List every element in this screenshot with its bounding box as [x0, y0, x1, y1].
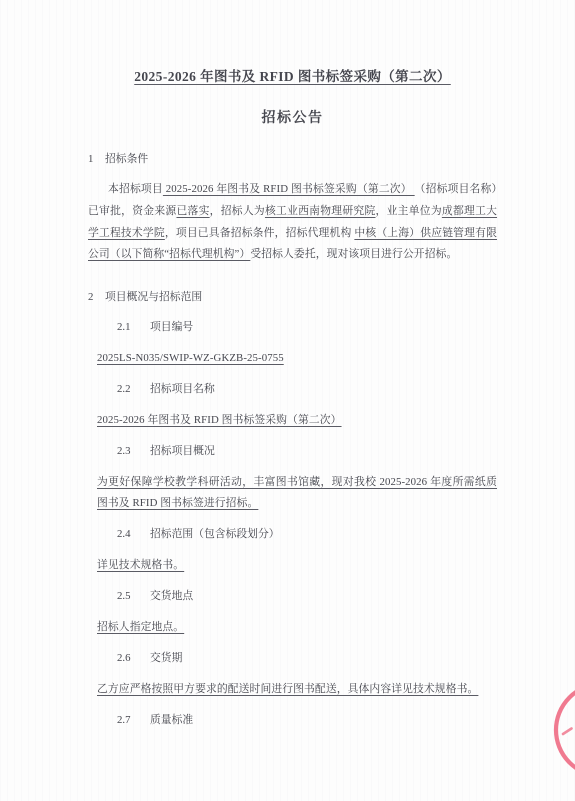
bid-scope-value: 详见技术规格书。 — [97, 559, 184, 571]
intro-segment: ，招标人为 — [210, 205, 265, 217]
document-title: 2025-2026 年图书及 RFID 图书标签采购（第二次） — [88, 67, 497, 87]
subsection-2-3-heading: 2.3招标项目概况 — [88, 441, 497, 462]
subsection-2-5-content: 招标人指定地点。 — [88, 617, 497, 638]
project-number-value: 2025LS-N035/SWIP-WZ-GKZB-25-0755 — [97, 352, 284, 364]
subsection-2-1-title: 项目编号 — [150, 321, 193, 333]
subsection-2-4-heading: 2.4招标范围（包含标段划分） — [88, 524, 497, 545]
subsection-2-7-heading: 2.7质量标准 — [88, 710, 497, 731]
subsection-2-6-number: 2.6 — [117, 648, 150, 669]
intro-segment: 受招标人委托，现对该项目进行公开招标。 — [250, 248, 457, 260]
document-content: 2025-2026 年图书及 RFID 图书标签采购（第二次） 招标公告 1招标… — [88, 0, 497, 741]
subsection-2-2-heading: 2.2招标项目名称 — [88, 379, 497, 400]
section-2-heading: 2项目概况与招标范围 — [88, 290, 497, 304]
red-seal-stamp-icon — [535, 684, 575, 779]
subsection-2-2-number: 2.2 — [117, 379, 150, 400]
section-1-number: 1 — [88, 152, 105, 166]
subsection-2-2-content: 2025-2026 年图书及 RFID 图书标签采购（第二次） — [88, 410, 497, 431]
subsection-2-5-title: 交货地点 — [150, 590, 193, 602]
intro-paragraph: 本招标项目 2025-2026 年图书及 RFID 图书标签采购（第二次） （招… — [88, 179, 497, 266]
document-page: 2025-2026 年图书及 RFID 图书标签采购（第二次） 招标公告 1招标… — [0, 0, 575, 801]
project-overview-value: 为更好保障学校教学科研活动，丰富图书馆藏，现对我校 2025-2026 年度所需… — [97, 476, 497, 509]
delivery-period-value: 乙方应严格按照甲方要求的配送时间进行图书配送，具体内容详见技术规格书。 — [97, 683, 478, 695]
subsection-2-1-heading: 2.1项目编号 — [88, 317, 497, 338]
document-subtitle: 招标公告 — [88, 111, 497, 127]
subsection-2-3-number: 2.3 — [117, 441, 150, 462]
subsection-2-6-content: 乙方应严格按照甲方要求的配送时间进行图书配送，具体内容详见技术规格书。 — [88, 679, 497, 700]
section-2-number: 2 — [88, 290, 105, 304]
intro-segment-project-name: 2025-2026 年图书及 RFID 图书标签采购（第二次） — [163, 183, 415, 195]
subsection-2-2-title: 招标项目名称 — [150, 383, 215, 395]
subsection-2-6-title: 交货期 — [150, 652, 182, 664]
section-1-title: 招标条件 — [105, 153, 148, 165]
subsection-2-1-content: 2025LS-N035/SWIP-WZ-GKZB-25-0755 — [88, 348, 497, 369]
subsection-2-7-number: 2.7 — [117, 710, 150, 731]
intro-segment-funding-status: 已落实 — [176, 205, 209, 217]
subsection-2-3-title: 招标项目概况 — [150, 445, 215, 457]
subsection-2-4-number: 2.4 — [117, 524, 150, 545]
document-title-text: 2025-2026 年图书及 RFID 图书标签采购（第二次） — [134, 69, 451, 84]
subsection-2-4-title: 招标范围（包含标段划分） — [150, 528, 280, 540]
subsection-2-5-heading: 2.5交货地点 — [88, 586, 497, 607]
subsection-2-4-content: 详见技术规格书。 — [88, 555, 497, 576]
subsection-2-1-number: 2.1 — [117, 317, 150, 338]
intro-segment: ，项目已具备招标条件，招标代理机构 — [165, 227, 355, 239]
subsection-2-5-number: 2.5 — [117, 586, 150, 607]
section-2-title: 项目概况与招标范围 — [105, 291, 202, 303]
project-name-value: 2025-2026 年图书及 RFID 图书标签采购（第二次） — [97, 414, 342, 426]
subsection-2-3-content: 为更好保障学校教学科研活动，丰富图书馆藏，现对我校 2025-2026 年度所需… — [88, 472, 497, 514]
intro-segment: ，业主单位为 — [376, 205, 442, 217]
delivery-place-value: 招标人指定地点。 — [97, 621, 184, 633]
subsection-2-7-title: 质量标准 — [150, 714, 193, 726]
subsection-2-6-heading: 2.6交货期 — [88, 648, 497, 669]
intro-segment: 本招标项目 — [108, 183, 163, 195]
section-1-heading: 1招标条件 — [88, 152, 497, 166]
intro-segment-tenderer: 核工业西南物理研究院 — [265, 205, 376, 217]
